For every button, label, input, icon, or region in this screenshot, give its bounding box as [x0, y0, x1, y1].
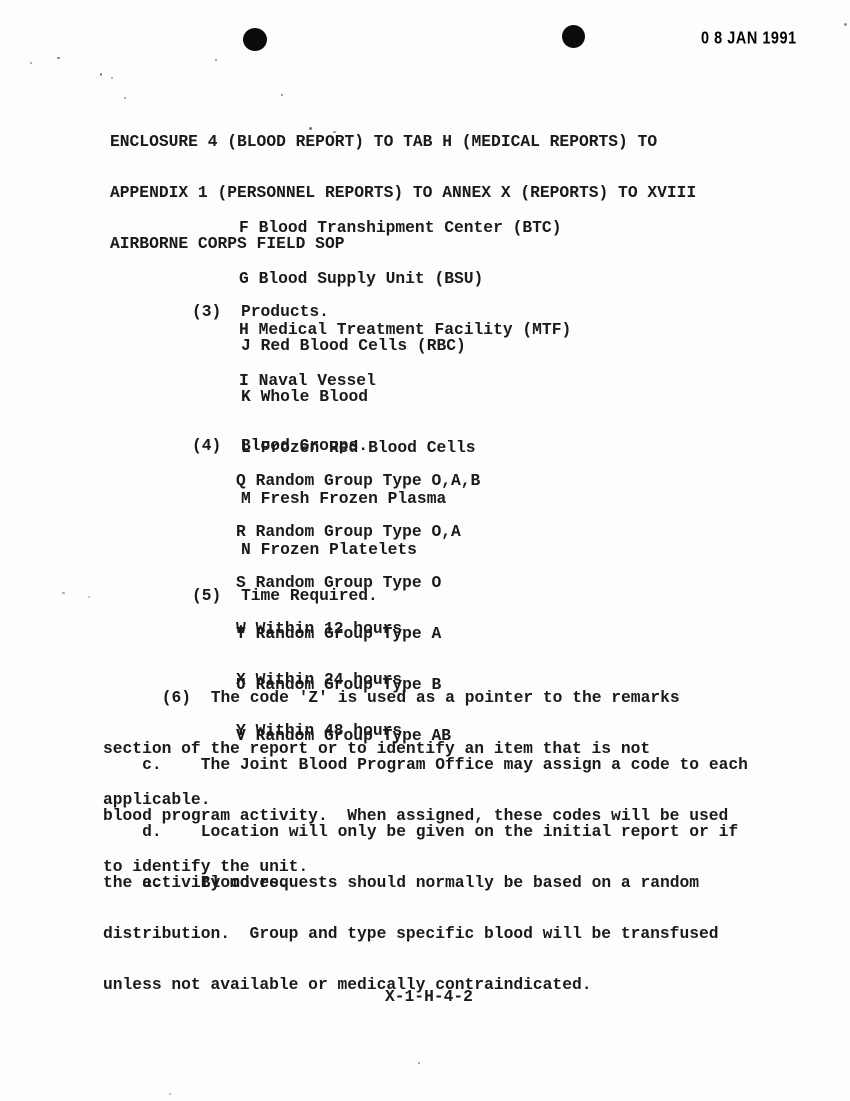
scan-speckle [169, 1093, 171, 1095]
blood-group-item: QRandom Group Type O,A,B [236, 472, 480, 489]
date-stamp: 0 8 JAN 1991 [701, 29, 797, 49]
section-number: (5) [192, 587, 241, 604]
scan-speckle [309, 127, 312, 130]
code-label: Random Group Type O,A,B [256, 471, 481, 490]
scan-speckle [62, 592, 65, 594]
scan-speckle [418, 1062, 420, 1064]
blood-group-item: RRandom Group Type O,A [236, 523, 480, 540]
code-label: Within 12 hours [256, 619, 403, 638]
paragraph-text: Location will only be given on the initi… [201, 822, 738, 841]
paragraph-text: The code 'Z' is used as a pointer to the… [211, 688, 680, 707]
scan-speckle [215, 59, 217, 61]
paragraph-letter: c. [142, 756, 201, 773]
code-letter: J [241, 337, 261, 354]
paragraph-number: (6) [162, 689, 211, 706]
paragraph-text: distribution. Group and type specific bl… [103, 925, 719, 942]
paragraph-text: Blood requests should normally be based … [201, 873, 699, 892]
paragraph-text: The Joint Blood Program Office may assig… [201, 755, 748, 774]
scan-speckle [844, 23, 847, 26]
scan-speckle [30, 62, 32, 64]
scan-speckle [88, 596, 90, 598]
facility-code-item: FBlood Transhipment Center (BTC) [239, 219, 571, 236]
title-line-1: ENCLOSURE 4 (BLOOD REPORT) TO TAB H (MED… [110, 133, 696, 150]
scan-speckle [57, 57, 60, 59]
section-number: (4) [192, 437, 241, 454]
product-code-item: JRed Blood Cells (RBC) [241, 337, 476, 354]
scan-speckle [345, 136, 347, 138]
scan-speckle [333, 131, 336, 133]
paragraph-letter: d. [142, 823, 201, 840]
code-label: Blood Transhipment Center (BTC) [259, 218, 562, 237]
time-code-item: WWithin 12 hours [236, 620, 402, 637]
code-letter: W [236, 620, 256, 637]
page-number: X-1-H-4-2 [385, 988, 473, 1005]
scan-speckle [100, 73, 102, 76]
scan-speckle [111, 77, 113, 79]
scan-speckle [281, 94, 283, 96]
scan-speckle [124, 97, 126, 99]
code-label: Random Group Type O,A [256, 522, 461, 541]
code-letter: Q [236, 472, 256, 489]
code-letter: R [236, 523, 256, 540]
code-label: Red Blood Cells (RBC) [261, 336, 466, 355]
hole-punch-mark-left [243, 28, 267, 51]
code-letter: F [239, 219, 259, 236]
hole-punch-mark-right [562, 25, 585, 48]
scanned-document-page: 0 8 JAN 1991 ENCLOSURE 4 (BLOOD REPORT) … [0, 0, 850, 1101]
section-number: (3) [192, 303, 241, 320]
paragraph-letter: e. [142, 874, 201, 891]
